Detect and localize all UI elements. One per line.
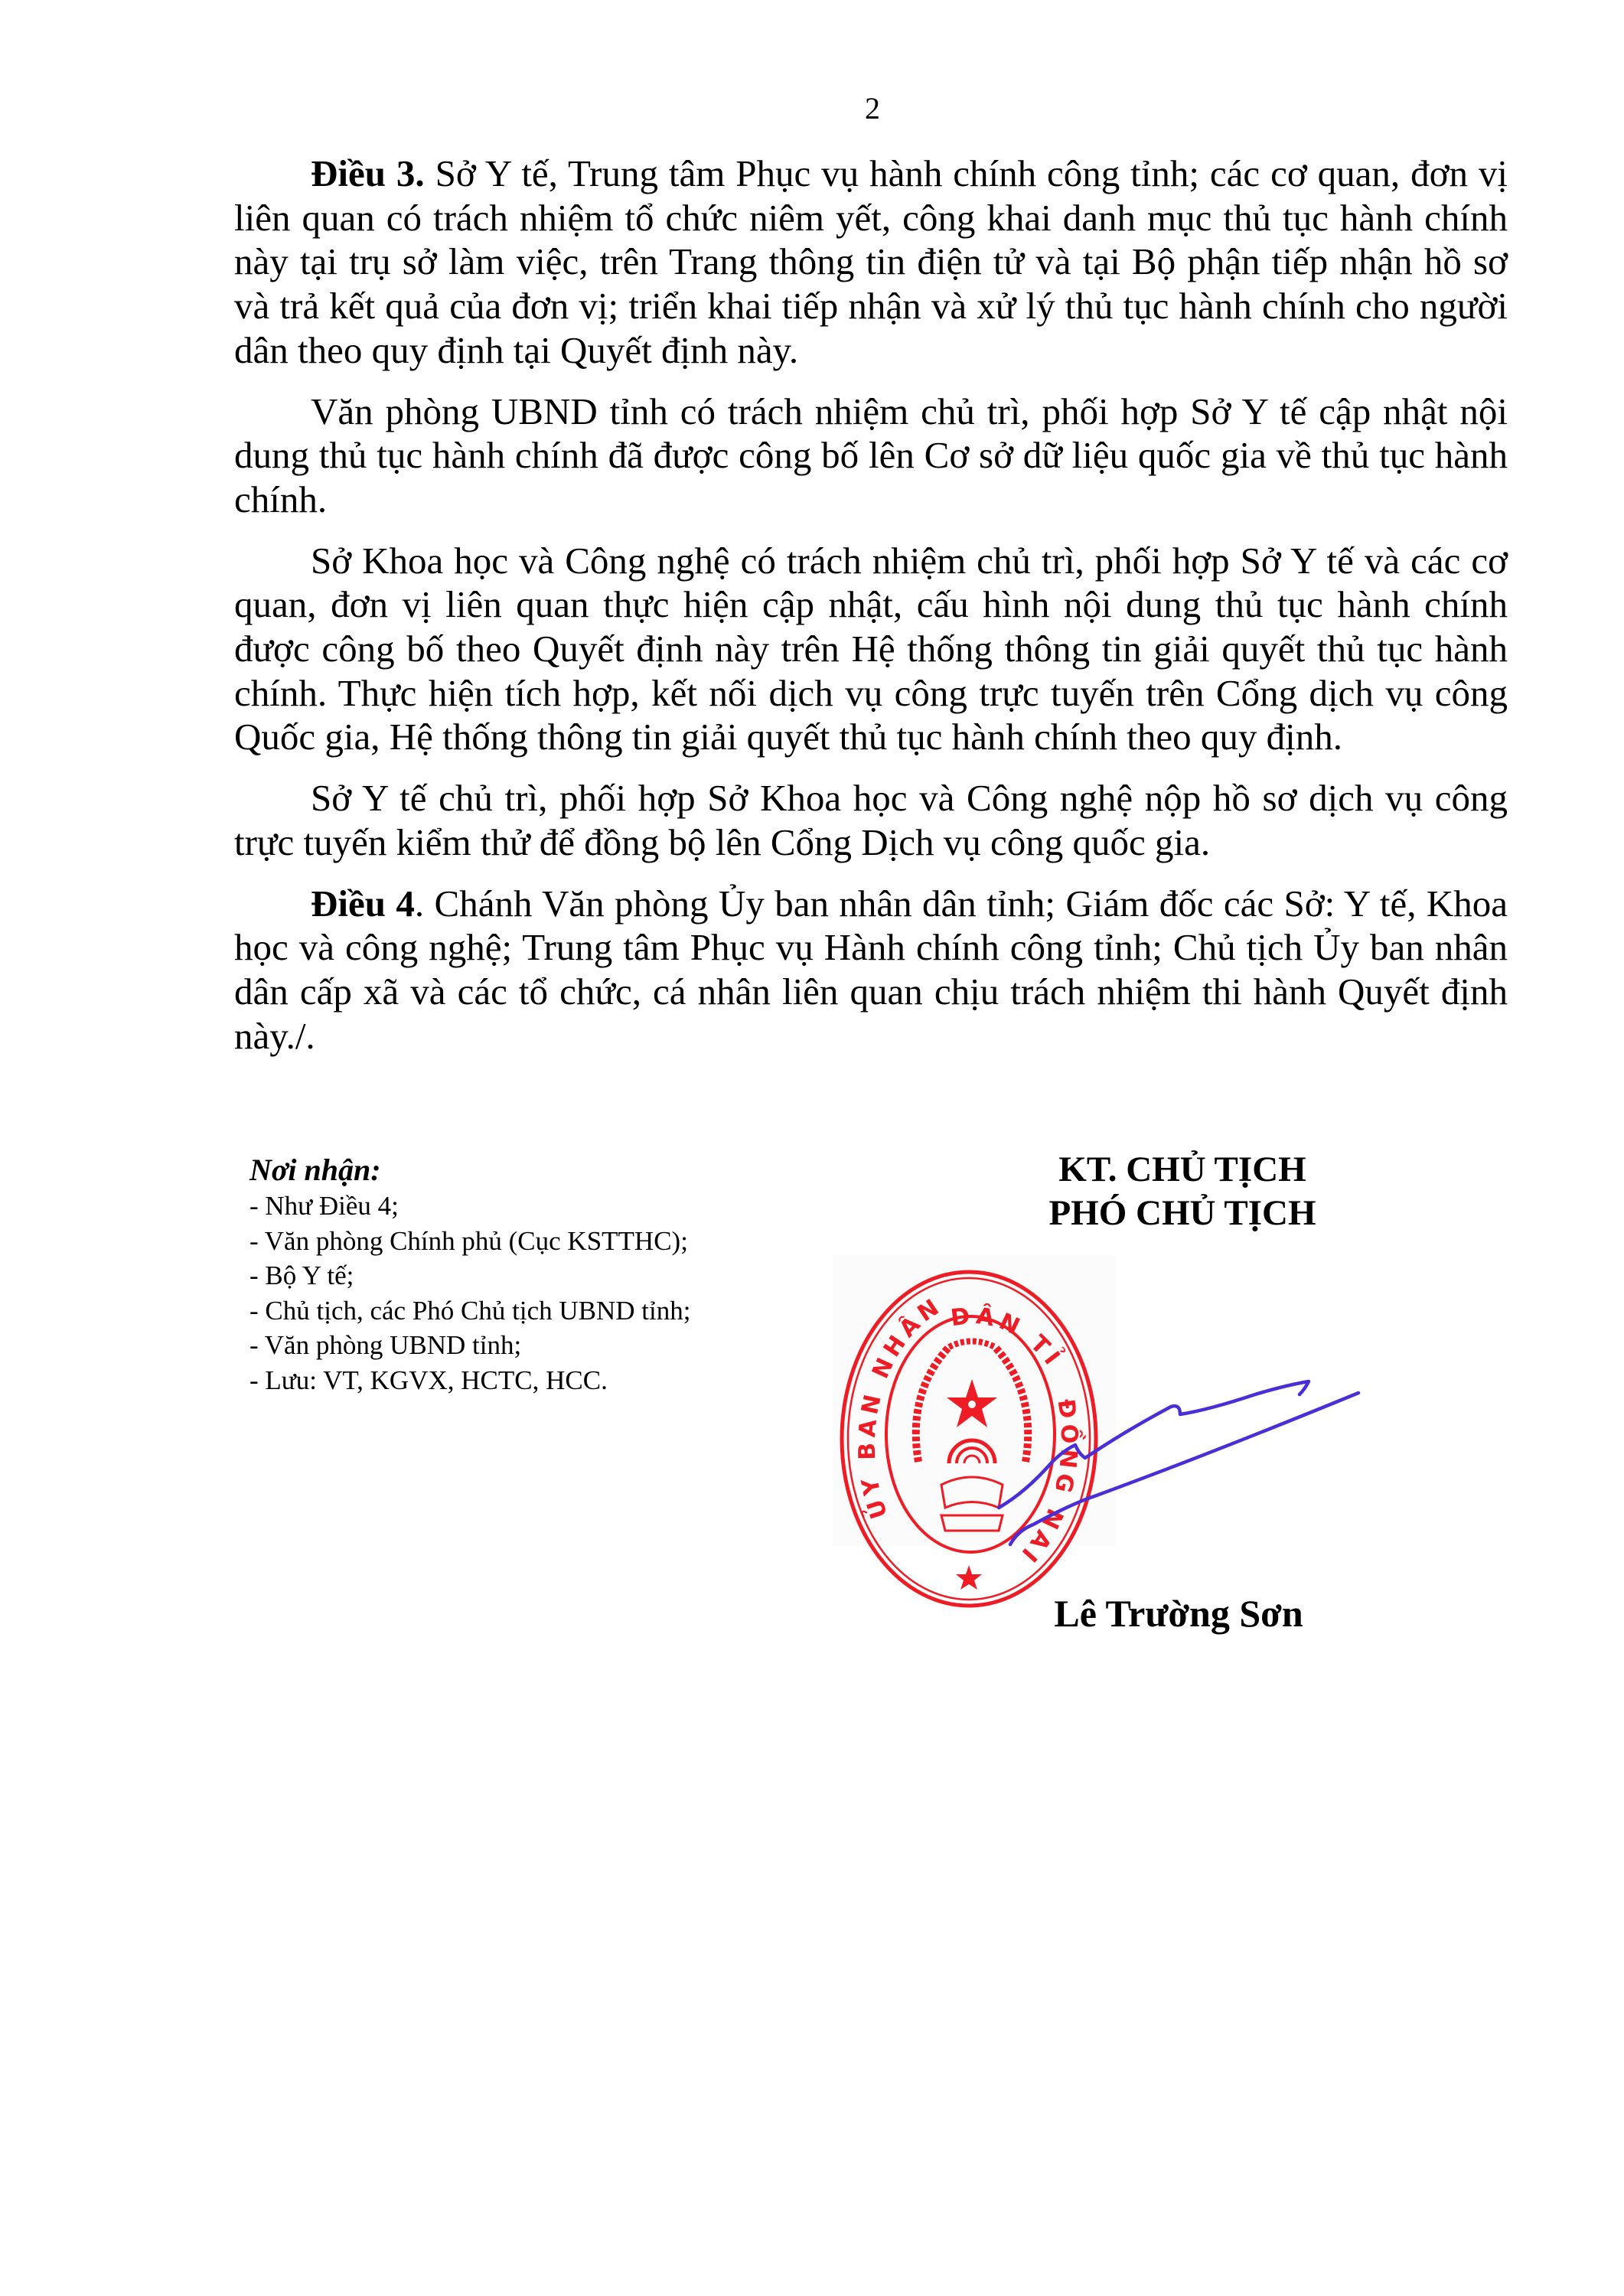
seal-bottom-star-icon [956, 1565, 982, 1590]
handwritten-signature [980, 1347, 1378, 1561]
signature-heading: KT. CHỦ TỊCH PHÓ CHỦ TỊCH [995, 1148, 1370, 1235]
recipient-item: - Bộ Y tế; [249, 1258, 831, 1293]
page-number: 2 [834, 90, 911, 127]
signer-name: Lê Trường Sơn [1026, 1590, 1332, 1636]
article-3-heading: Điều 3. [311, 152, 425, 194]
signer-title: PHÓ CHỦ TỊCH [995, 1192, 1370, 1235]
paragraph-text: . Chánh Văn phòng Ủy ban nhân dân tỉnh; … [234, 882, 1508, 1057]
recipient-item: - Như Điều 4; [249, 1189, 831, 1224]
recipients-block: Nơi nhận: - Như Điều 4; - Văn phòng Chín… [249, 1152, 831, 1397]
recipient-item: - Văn phòng Chính phủ (Cục KSTTHC); [249, 1224, 831, 1259]
article-4-heading: Điều 4 [311, 882, 415, 925]
paragraph-health-dept-responsibility: Sở Y tế chủ trì, phối hợp Sở Khoa học và… [234, 776, 1508, 864]
paragraph-text: Sở Khoa học và Công nghệ có trách nhiệm … [234, 540, 1508, 758]
recipient-item: - Lưu: VT, KGVX, HCTC, HCC. [249, 1363, 831, 1398]
recipients-title: Nơi nhận: [249, 1152, 831, 1189]
recipient-item: - Văn phòng UBND tỉnh; [249, 1328, 831, 1363]
paragraph-text: Văn phòng UBND tỉnh có trách nhiệm chủ t… [234, 390, 1508, 520]
document-body: Điều 3. Sở Y tế, Trung tâm Phục vụ hành … [234, 152, 1508, 1075]
recipients-list: - Như Điều 4; - Văn phòng Chính phủ (Cục… [249, 1189, 831, 1397]
paragraph-text: Sở Y tế chủ trì, phối hợp Sở Khoa học và… [234, 777, 1508, 863]
paragraph-office-responsibility: Văn phòng UBND tỉnh có trách nhiệm chủ t… [234, 390, 1508, 522]
paragraph-article-3: Điều 3. Sở Y tế, Trung tâm Phục vụ hành … [234, 152, 1508, 373]
signer-authority: KT. CHỦ TỊCH [995, 1148, 1370, 1192]
paragraph-science-dept-responsibility: Sở Khoa học và Công nghệ có trách nhiệm … [234, 539, 1508, 760]
paragraph-text: Sở Y tế, Trung tâm Phục vụ hành chính cô… [234, 152, 1508, 371]
paragraph-article-4: Điều 4. Chánh Văn phòng Ủy ban nhân dân … [234, 882, 1508, 1058]
recipient-item: - Chủ tịch, các Phó Chủ tịch UBND tỉnh; [249, 1293, 831, 1329]
